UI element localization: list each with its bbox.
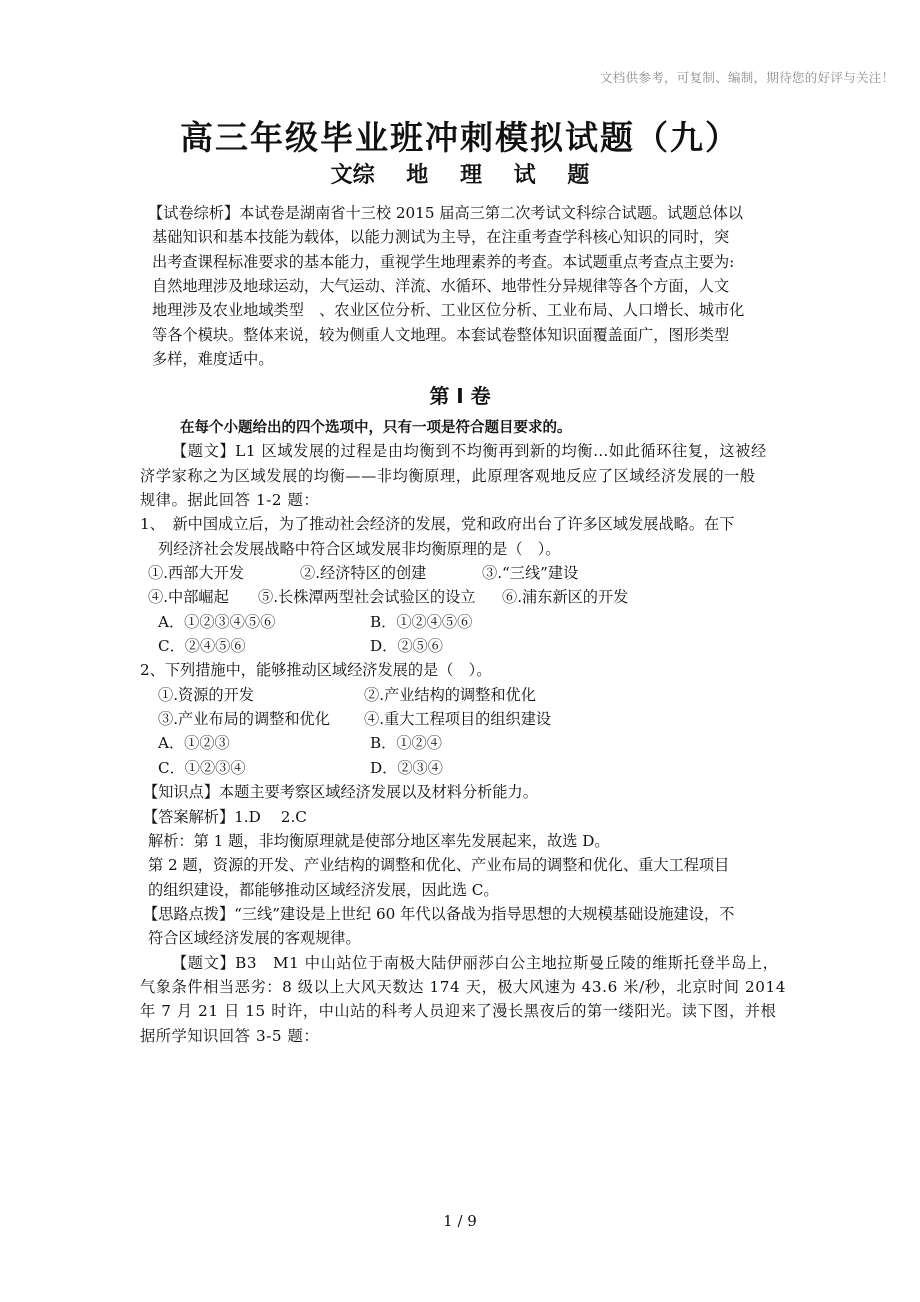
option-b[interactable]: B．①②④⑤⑥: [370, 610, 472, 635]
statement-item: ②.经济特区的创建: [300, 561, 426, 586]
knowledge-point: 【知识点】本题主要考察区域经济发展以及材料分析能力。: [143, 780, 538, 805]
analysis-line: 等各个模块。整体来说，较为侧重人文地理。本套试卷整体知识面覆盖面广，图形类型: [152, 323, 729, 348]
passage-line: 年 7 月 21 日 15 时许，中山站的科考人员迎来了漫长黑夜后的第一缕阳光。…: [140, 999, 776, 1024]
page-title: 高三年级毕业班冲刺模拟试题（九）: [0, 112, 920, 159]
subtitle-word: 地: [406, 158, 428, 189]
option-d[interactable]: D．②③④: [370, 756, 443, 781]
option-c[interactable]: C．①②③④: [158, 756, 246, 781]
subtitle-word: 题: [567, 158, 589, 189]
statement-item: ④.重大工程项目的组织建设: [364, 707, 551, 732]
subtitle-word: 试: [514, 158, 536, 189]
passage-line: 【题文】L1 区域发展的过程是由均衡到不均衡再到新的均衡…如此循环往复，这被经: [172, 439, 767, 464]
analysis-line: 自然地理涉及地球运动，大气运动、洋流、水循环、地带性分异规律等各个方面，人文: [152, 274, 729, 299]
hint-line: 符合区域经济发展的客观规律。: [148, 926, 361, 951]
section-title: 第 I 卷: [0, 380, 920, 409]
passage-line: 气象条件相当恶劣：8 级以上大风天数达 174 天，极大风速为 43.6 米/秒…: [140, 975, 786, 1000]
question-stem: 列经济社会发展战略中符合区域发展非均衡原理的是（ ）。: [158, 537, 560, 562]
question-stem: 2、下列措施中，能够推动区域经济发展的是（ ）。: [140, 658, 491, 683]
option-a[interactable]: A．①②③④⑤⑥: [158, 610, 275, 635]
subtitle-word: 理: [460, 158, 482, 189]
statement-item: ③.产业布局的调整和优化: [158, 707, 330, 732]
statement-item: ⑤.长株潭两型社会试验区的设立: [258, 585, 475, 610]
page-subtitle: 文综 地 理 试 题: [0, 158, 920, 189]
statement-item: ③.“三线”建设: [482, 561, 578, 586]
option-a[interactable]: A．①②③: [158, 731, 230, 756]
passage-line: 据所学知识回答 3-5 题：: [140, 1024, 319, 1049]
statement-item: ②.产业结构的调整和优化: [364, 683, 536, 708]
option-c[interactable]: C．②④⑤⑥: [158, 634, 246, 659]
answer-line: 的组织建设，都能够推动区域经济发展，因此选 C。: [148, 878, 499, 903]
header-note: 文档供参考，可复制、编制，期待您的好评与关注！: [600, 68, 894, 86]
analysis-line: 出考查课程标准要求的基本能力，重视学生地理素养的考查。本试题重点考查点主要为:: [152, 250, 734, 275]
subtitle-word: 文综: [331, 158, 375, 189]
instruction: 在每个小题给出的四个选项中，只有一项是符合题目要求的。: [180, 416, 572, 437]
page-number: 1 / 9: [0, 1212, 920, 1230]
answer-line: 解析：第 1 题，非均衡原理就是使部分地区率先发展起来，故选 D。: [148, 829, 610, 854]
answer-heading: 【答案解析】1.D 2.C: [143, 805, 307, 830]
passage-line: 规律。据此回答 1-2 题：: [140, 488, 319, 513]
question-stem: 1、 新中国成立后，为了推动社会经济的发展，党和政府出台了许多区域发展战略。在下: [140, 512, 734, 537]
statement-item: ①.西部大开发: [148, 561, 244, 586]
analysis-line: 基础知识和基本技能为载体，以能力测试为主导，在注重考查学科核心知识的同时，突: [152, 225, 729, 250]
analysis-line: 地理涉及农业地域类型 、农业区位分析、工业区位分析、工业布局、人口增长、城市化: [152, 298, 744, 323]
hint-line: 【思路点拨】“三线”建设是上世纪 60 年代以备战为指导思想的大规模基础设施建设…: [143, 902, 734, 927]
option-b[interactable]: B．①②④: [370, 731, 442, 756]
passage-line: 【题文】B3 M1 中山站位于南极大陆伊丽莎白公主地拉斯曼丘陵的维斯托登半岛上，: [172, 951, 778, 976]
statement-item: ①.资源的开发: [158, 683, 254, 708]
statement-item: ⑥.浦东新区的开发: [502, 585, 628, 610]
analysis-line: 【试卷综析】本试卷是湖南省十三校 2015 届高三第二次考试文科综合试题。试题总…: [148, 201, 743, 226]
answer-line: 第 2 题，资源的开发、产业结构的调整和优化、产业布局的调整和优化、重大工程项目: [148, 853, 729, 878]
statement-item: ④.中部崛起: [148, 585, 229, 610]
analysis-line: 多样，难度适中。: [152, 347, 274, 372]
option-d[interactable]: D．②⑤⑥: [370, 634, 443, 659]
passage-line: 济学家称之为区域发展的均衡——非均衡原理，此原理客观地反应了区域经济发展的一般: [140, 464, 756, 489]
